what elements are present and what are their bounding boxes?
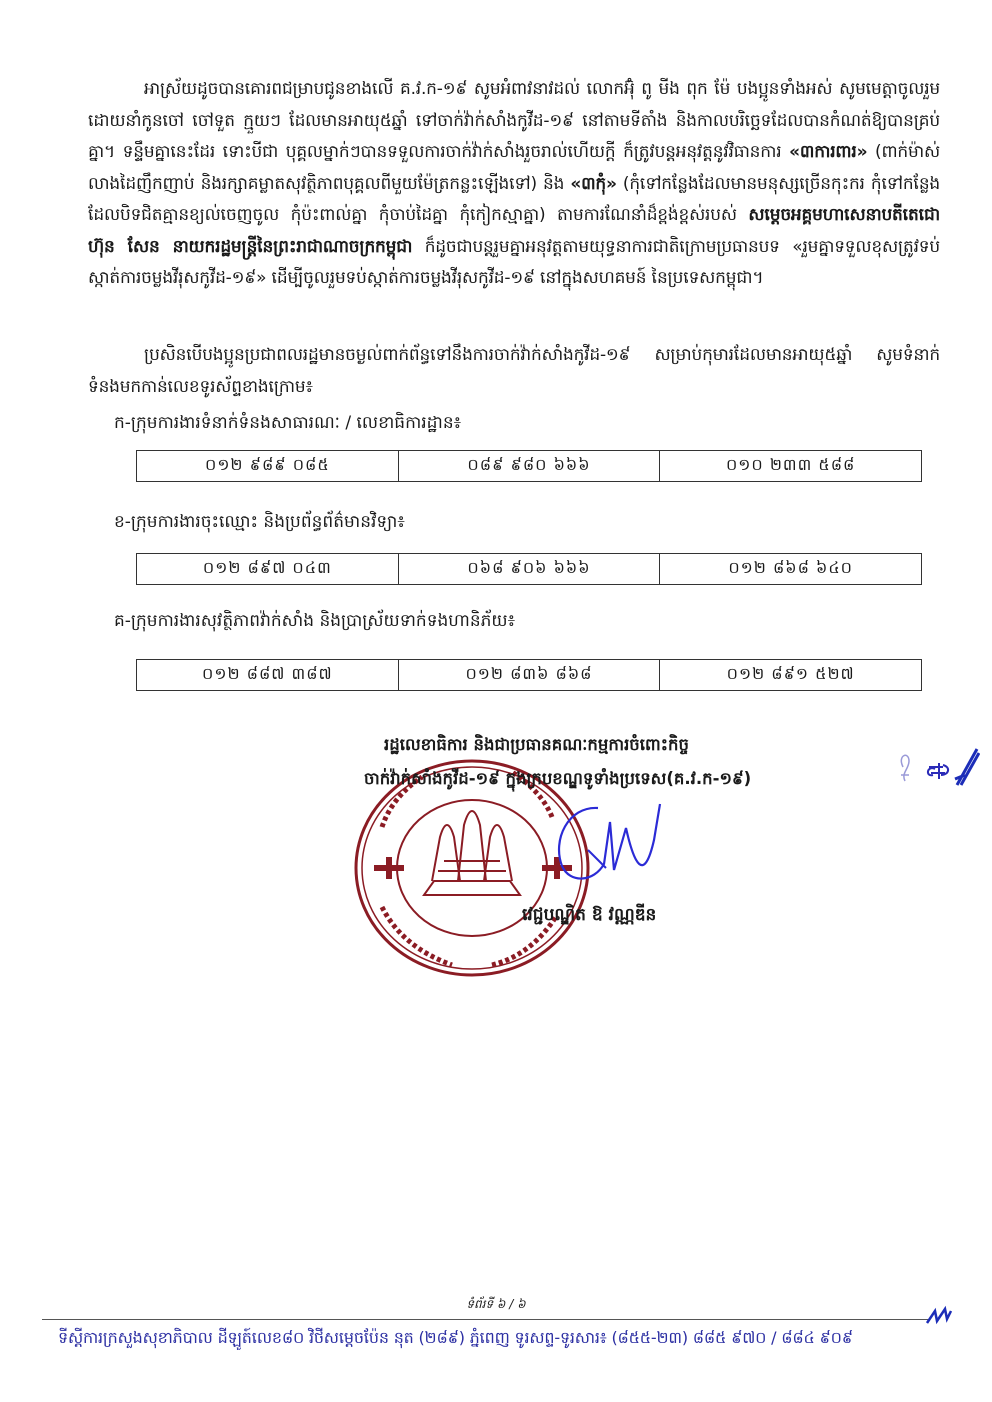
paragraph-appeal: អាស្រ័យដូចបានគោរពជម្រាបជូនខាងលើ គ.វ.ក-១៩… xyxy=(88,74,940,295)
phone-number: ០១២ ៩៨៩ ០៨៥ xyxy=(137,451,399,482)
footer-divider xyxy=(42,1319,928,1320)
contact-group-label-b: ខ-ក្រុមការងារចុះឈ្មោះ និងប្រព័ន្ធព័ត៌មាន… xyxy=(114,509,405,535)
phone-number: ០១២ ៨៨៧ ៣៨៧ xyxy=(137,660,399,691)
signer-name: វេជ្ជបណ្ឌិត ឱ វណ្ណឌីន xyxy=(522,904,656,929)
three-protections: «៣ការពារ» xyxy=(789,142,867,162)
document-page: អាស្រ័យដូចបានគោរពជម្រាបជូនខាងលើ គ.វ.ក-១៩… xyxy=(0,0,992,1402)
footer-initial-icon xyxy=(925,1305,953,1327)
contact-group-label-a: ក-ក្រុមការងារទំនាក់ទំនងសាធារណៈ / លេខាធិក… xyxy=(114,410,461,436)
signatory-title-line2: ចាក់វ៉ាក់សាំងកូវីដ-១៩ ក្នុងក្របខណ្ឌទូទាំ… xyxy=(364,766,751,792)
phone-table-c: ០១២ ៨៨៧ ៣៨៧ ០១២ ៨៣៦ ៨៦៨ ០១២ ៨៩១ ៥២៧ xyxy=(136,659,922,691)
phone-number: ០១២ ៨៣៦ ៨៦៨ xyxy=(398,660,660,691)
footer-address: ទីស្តីការក្រសួងសុខាភិបាល ដីឡូត៍លេខ៨០ វិថ… xyxy=(58,1327,958,1351)
three-donts: «៣កុំ» xyxy=(570,174,616,194)
contact-intro-text: ប្រសិនបើបងប្អូនប្រជាពលរដ្ឋមានចម្ងល់ពាក់ព… xyxy=(88,345,940,397)
paragraph-contact-intro: ប្រសិនបើបងប្អូនប្រជាពលរដ្ឋមានចម្ងល់ពាក់ព… xyxy=(88,340,940,403)
page-number: ទំព័រទី ៦ / ៦ xyxy=(0,1296,992,1314)
phone-number: ០៦៨ ៩០៦ ៦៦៦ xyxy=(398,554,660,585)
phone-number: ០៨៩ ៩៨០ ៦៦៦ xyxy=(398,451,660,482)
phone-table-a: ០១២ ៩៨៩ ០៨៥ ០៨៩ ៩៨០ ៦៦៦ ០១០ ២៣៣ ៥៨៨ xyxy=(136,450,922,482)
phone-table-b: ០១២ ៨៩៧ ០៤៣ ០៦៨ ៩០៦ ៦៦៦ ០១២ ៨៦៨ ៦៤០ xyxy=(136,553,922,585)
initials-mark-icon xyxy=(895,745,980,795)
phone-number: ០១០ ២៣៣ ៥៨៨ xyxy=(660,451,922,482)
contact-group-label-c: គ-ក្រុមការងារសុវត្ថិភាពវ៉ាក់សាំង និងប្រា… xyxy=(114,608,515,634)
phone-number: ០១២ ៨៩១ ៥២៧ xyxy=(660,660,922,691)
phone-number: ០១២ ៨៩៧ ០៤៣ xyxy=(137,554,399,585)
signature-icon xyxy=(548,800,668,890)
signatory-title-line1: រដ្ឋលេខាធិការ និងជាប្រធានគណៈកម្មការចំពោះ… xyxy=(384,732,689,758)
phone-number: ០១២ ៨៦៨ ៦៤០ xyxy=(660,554,922,585)
